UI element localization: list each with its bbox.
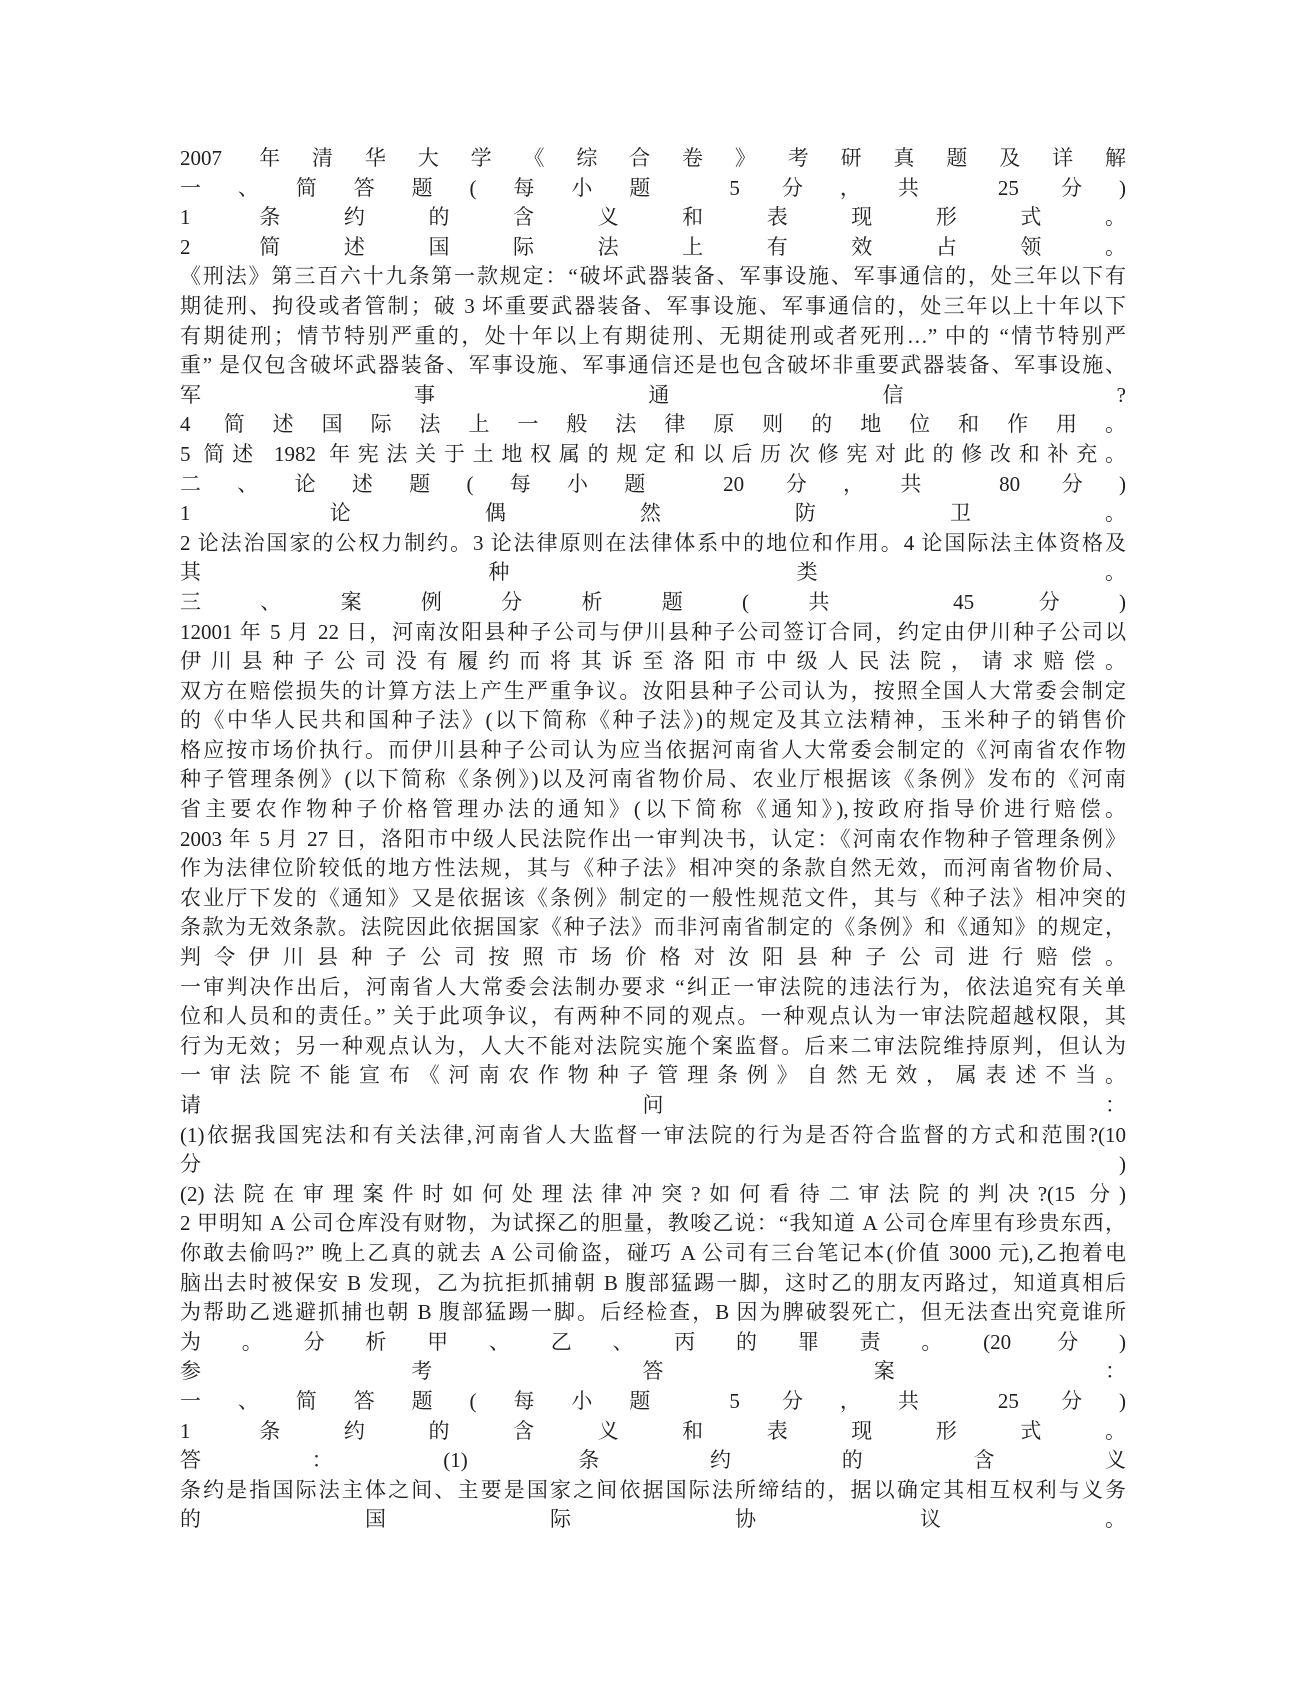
- text-line: 12001 年 5 月 22 日，河南汝阳县种子公司与伊川县种子公司签订合同，约…: [180, 618, 1126, 648]
- text-line: 2007 年清华大学《综合卷》考研真题及详解: [180, 144, 1126, 174]
- text-line: 条约是指国际法主体之间、主要是国家之间依据国际法所缔结的，据以确定其相互权利与义…: [180, 1476, 1126, 1506]
- text-line: 1 论偶然防卫。: [180, 499, 1126, 529]
- text-line: 位和人员和的责任。” 关于此项争议，有两种不同的观点。一种观点认为一审法院超越权…: [180, 1002, 1126, 1032]
- text-line: 的国际协议。: [180, 1505, 1126, 1535]
- text-line: 一、简答题(每小题 5 分，共 25 分): [180, 174, 1126, 204]
- text-line: 4 简述国际法上一般法律原则的地位和作用。: [180, 410, 1126, 440]
- text-line: 为。分析甲、乙、丙的罪责。(20 分): [180, 1328, 1126, 1358]
- exam-document: 2007 年清华大学《综合卷》考研真题及详解一、简答题(每小题 5 分，共 25…: [180, 144, 1126, 1535]
- text-line: 2 简述国际法上有效占领。: [180, 233, 1126, 263]
- text-line: 作为法律位阶较低的地方性法规，其与《种子法》相冲突的条款自然无效，而河南省物价局…: [180, 854, 1126, 884]
- text-line: 一审判决作出后，河南省人大常委会法制办要求 “纠正一审法院的违法行为，依法追究有…: [180, 973, 1126, 1003]
- text-line: 脑出去时被保安 B 发现，乙为抗拒抓捕朝 B 腹部猛踢一脚，这时乙的朋友丙路过，…: [180, 1269, 1126, 1299]
- text-line: 条款为无效条款。法院因此依据国家《种子法》而非河南省制定的《条例》和《通知》的规…: [180, 913, 1126, 943]
- text-line: 2 甲明知 A 公司仓库没有财物，为试探乙的胆量，教唆乙说：“我知道 A 公司仓…: [180, 1209, 1126, 1239]
- text-line: 军事通信?: [180, 381, 1126, 411]
- text-line: (2)法院在审理案件时如何处理法律冲突?如何看待二审法院的判决?(15 分): [180, 1180, 1126, 1210]
- text-line: 种子管理条例》(以下简称《条例》)以及河南省物价局、农业厅根据该《条例》发布的《…: [180, 765, 1126, 795]
- text-line: 农业厅下发的《通知》又是依据该《条例》制定的一般性规范文件，其与《种子法》相冲突…: [180, 884, 1126, 914]
- text-line: 的《中华人民共和国种子法》(以下简称《种子法》)的规定及其立法精神，玉米种子的销…: [180, 706, 1126, 736]
- text-line: (1)依据我国宪法和有关法律,河南省人大监督一审法院的行为是否符合监督的方式和范…: [180, 1121, 1126, 1151]
- text-line: 行为无效；另一种观点认为，人大不能对法院实施个案监督。后来二审法院维持原判，但认…: [180, 1032, 1126, 1062]
- text-line: 为帮助乙逃避抓捕也朝 B 腹部猛踢一脚。后经检查，B 因为脾破裂死亡，但无法查出…: [180, 1298, 1126, 1328]
- text-line: 1 条约的含义和表现形式。: [180, 203, 1126, 233]
- text-line: 1 条约的含义和表现形式。: [180, 1417, 1126, 1447]
- text-line: 格应按市场价执行。而伊川县种子公司认为应当依据河南省人大常委会制定的《河南省农作…: [180, 736, 1126, 766]
- text-line: 《刑法》第三百六十九条第一款规定：“破坏武器装备、军事设施、军事通信的，处三年以…: [180, 262, 1126, 292]
- text-line: 重” 是仅包含破坏武器装备、军事设施、军事通信还是也包含破坏非重要武器装备、军事…: [180, 351, 1126, 381]
- text-line: 省主要农作物种子价格管理办法的通知》(以下简称《通知》),按政府指导价进行赔偿。: [180, 795, 1126, 825]
- document-page: 2007 年清华大学《综合卷》考研真题及详解一、简答题(每小题 5 分，共 25…: [0, 0, 1300, 1683]
- text-line: 三、案例分析题(共 45 分): [180, 588, 1126, 618]
- text-line: 其种类。: [180, 558, 1126, 588]
- text-line: 你敢去偷吗?” 晚上乙真的就去 A 公司偷盗，碰巧 A 公司有三台笔记本(价值 …: [180, 1239, 1126, 1269]
- text-line: 答：(1)条约的含义: [180, 1446, 1126, 1476]
- text-line: 有期徒刑；情节特别严重的，处十年以上有期徒刑、无期徒刑或者死刑…” 中的 “情节…: [180, 322, 1126, 352]
- text-line: 2 论法治国家的公权力制约。3 论法律原则在法律体系中的地位和作用。4 论国际法…: [180, 529, 1126, 559]
- text-line: 分): [180, 1150, 1126, 1180]
- text-line: 判令伊川县种子公司按照市场价格对汝阳县种子公司进行赔偿。: [180, 943, 1126, 973]
- text-line: 一审法院不能宣布《河南农作物种子管理条例》自然无效，属表述不当。: [180, 1061, 1126, 1091]
- text-line: 双方在赔偿损失的计算方法上产生严重争议。汝阳县种子公司认为，按照全国人大常委会制…: [180, 677, 1126, 707]
- text-line: 期徒刑、拘役或者管制；破 3 坏重要武器装备、军事设施、军事通信的，处三年以上十…: [180, 292, 1126, 322]
- text-line: 5 简述 1982 年宪法关于土地权属的规定和以后历次修宪对此的修改和补充。: [180, 440, 1126, 470]
- text-line: 请问：: [180, 1091, 1126, 1121]
- text-line: 伊川县种子公司没有履约而将其诉至洛阳市中级人民法院，请求赔偿。: [180, 647, 1126, 677]
- text-line: 一、简答题(每小题 5 分，共 25 分): [180, 1387, 1126, 1417]
- text-line: 二、论述题(每小题 20 分，共 80 分): [180, 470, 1126, 500]
- text-line: 2003 年 5 月 27 日，洛阳市中级人民法院作出一审判决书，认定：《河南农…: [180, 825, 1126, 855]
- text-line: 参考答案：: [180, 1357, 1126, 1387]
